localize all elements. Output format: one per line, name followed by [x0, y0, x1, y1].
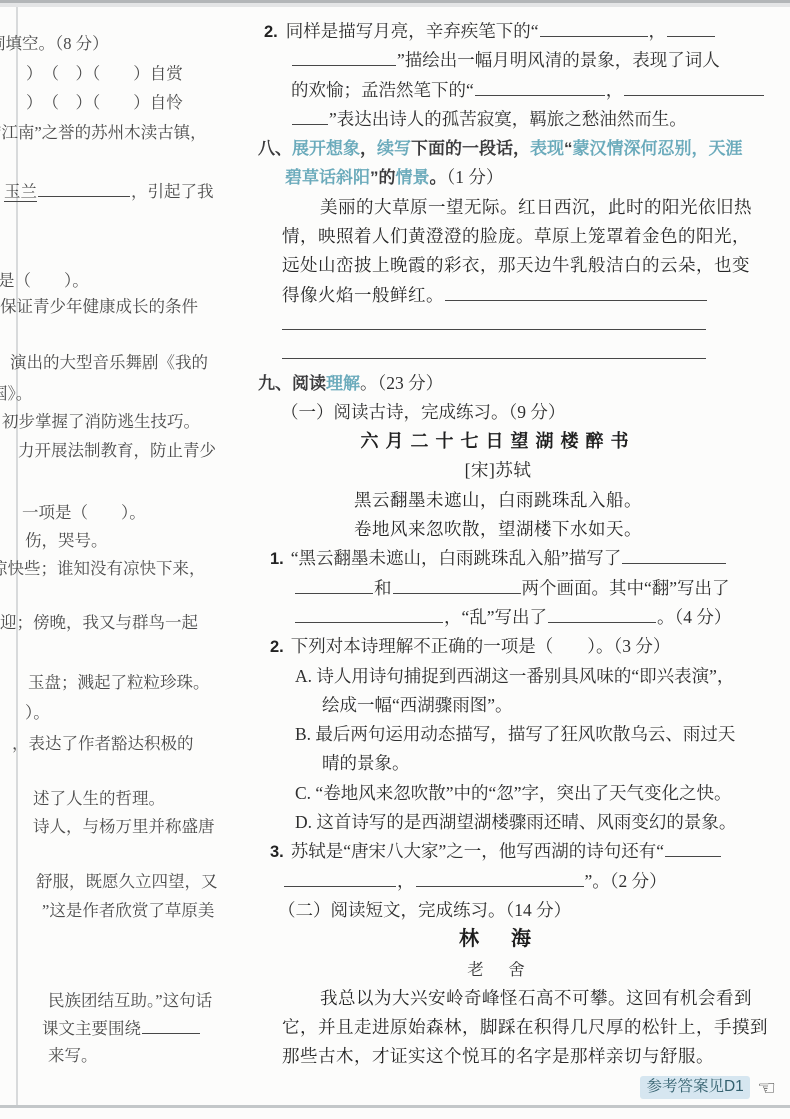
text-run: ）。: [25, 703, 50, 722]
text-run: ”表达出诗人的孤苦寂寞，羁旅之愁油然而生。: [329, 109, 687, 129]
text-line: ）。: [25, 701, 50, 725]
text-run: （一）阅读古诗，完成练习。（9 分）: [281, 402, 565, 422]
text-run: ，引起了我: [131, 182, 214, 201]
text-run: 晴的景象。: [322, 753, 410, 773]
text-line: “江南”之誉的苏州木渎古镇，: [0, 121, 207, 145]
option-d-line: D. 这首诗写的是西湖望湖楼骤雨还晴、风雨变幻的景象。: [295, 808, 790, 837]
text-run: 黑云翻墨未遮山，白雨跳珠乱入船。: [354, 490, 642, 510]
text-run: 的欢愉；孟浩然笔下的“: [291, 80, 474, 100]
text-run: 3.: [270, 843, 284, 861]
prompt-passage-line: 得像火焰一般鲜红。: [282, 281, 790, 310]
text-run: ，表达了作者豁达积极的: [12, 734, 194, 753]
answer-blank: [667, 18, 715, 37]
answer-blank: [282, 311, 706, 330]
text-run: 课文主要围绕: [42, 1019, 141, 1038]
text-run: 玉盘；溅起了粒粒珍珠。: [28, 673, 210, 692]
text-run: “江南”之誉的苏州木渎古镇，: [0, 123, 207, 142]
text-run: ，: [397, 871, 415, 891]
pointing-hand-icon: ☜: [757, 1078, 776, 1098]
text-line: 诗人，与杨万里并称盛唐: [33, 815, 215, 839]
text-run: 得像火焰一般鲜红。: [282, 285, 444, 305]
question-1-line: 和两个画面。其中“翻”写出了: [294, 574, 790, 603]
essay-passage-line: 那些古木，才证实这个悦耳的名字是那样亲切与舒服。: [282, 1042, 790, 1071]
question-2b-line: 2.下列对本诗理解不正确的一项是（）。（3 分）: [270, 632, 790, 661]
text-run: 2.: [264, 23, 278, 41]
answer-blank: [295, 604, 443, 623]
option-a-line: A. 诗人用诗句捕捉到西湖这一番别具风味的“即兴表演”，: [295, 662, 790, 691]
answer-blank: [292, 47, 396, 66]
answer-blank: [624, 77, 764, 96]
text-run: ”这是作者欣赏了草原美: [42, 901, 214, 920]
text-line: 玉盘；溅起了粒粒珍珠。: [28, 671, 210, 695]
text-line: 是（ ）。: [0, 269, 89, 293]
answer-blank: [38, 179, 130, 197]
right-column: 2.同样是描写月亮，辛弃疾笔下的“， ”描绘出一幅月明风清的景象，表现了词人 的…: [258, 17, 790, 1101]
text-run: 续写: [377, 139, 411, 158]
text-run: ） （ ）（ ）自赏: [26, 64, 183, 83]
text-line: 力开展法制教育，防止青少: [18, 439, 216, 463]
text-run: 卷地风来忽吹散，望湖楼下水如天。: [354, 519, 642, 539]
text-run: 老 舍: [467, 960, 529, 979]
text-run: ”。（2 分）: [585, 871, 667, 891]
text-run: 下列对本诗理解不正确的一项是（: [291, 636, 554, 656]
text-run: A. 诗人用诗句捕捉到西湖这一番别具风味的“即兴表演”，: [295, 666, 734, 686]
text-line: 来写。: [48, 1044, 98, 1068]
text-run: 国》。: [0, 384, 32, 403]
text-run: 八、: [258, 139, 292, 158]
text-run: 诗人，与杨万里并称盛唐: [33, 817, 215, 836]
section-9-heading: 九、阅读理解。（23 分）: [258, 369, 790, 398]
text-run: “黑云翻墨未遮山，白雨跳珠乱入船”描写了: [291, 548, 622, 568]
answer-blank: [548, 604, 656, 623]
answer-blank: [393, 575, 521, 594]
text-line: 初步掌握了消防逃生技巧。: [2, 410, 200, 434]
prompt-passage-line: 美丽的大草原一望无际。红日西沉，此时的阳光依旧热: [320, 193, 790, 222]
text-run: 九、: [258, 374, 292, 393]
text-run: ，: [606, 80, 624, 100]
text-run: 远处山峦披上晚霞的彩衣，那天边牛乳般洁白的云朵，也变: [282, 255, 750, 275]
text-run: 表现: [530, 139, 564, 158]
text-line: 玉兰，引起了我: [4, 179, 214, 204]
text-run: 苏轼是“唐宋八大家”之一，他写西湖的诗句还有“: [291, 841, 664, 861]
answer-line-blank: [281, 310, 790, 339]
text-run: ”描绘出一幅月明风清的景象，表现了词人: [397, 50, 720, 70]
prompt-passage-line: 情，映照着人们黄澄澄的脸庞。草原上笼罩着金色的阳光，: [282, 222, 790, 251]
poem-title: 六月二十七日望湖楼醉书: [258, 427, 738, 456]
text-line: ”这是作者欣赏了草原美: [42, 899, 214, 923]
answer-blank: [665, 838, 721, 857]
bracket-answer-row: ） （ ）（ ）自怜: [26, 91, 183, 115]
text-run: 碧草话斜阳: [285, 168, 370, 187]
text-run: 初步掌握了消防逃生技巧。: [2, 412, 200, 431]
essay-author: 老 舍: [258, 955, 738, 984]
text-line: 述了人生的哲理。: [33, 787, 165, 811]
text-run: 那些古木，才证实这个悦耳的名字是那样亲切与舒服。: [282, 1046, 714, 1066]
option-b-line: B. 最后两句运用动态描写，描写了狂风吹散乌云、雨过天: [295, 720, 790, 749]
section-8-heading-cont: 碧草话斜阳”的情景。（1 分）: [285, 163, 790, 192]
answer-blank: [292, 106, 328, 125]
text-run: D. 这首诗写的是西湖望湖楼骤雨还晴、风雨变幻的景象。: [295, 812, 736, 832]
text-run: 1.: [270, 550, 284, 568]
text-run: 。（4 分）: [657, 607, 731, 627]
question-1-line: ，“乱”写出了。（4 分）: [294, 603, 790, 632]
text-run: ，: [649, 21, 667, 41]
question-2-line: ”表达出诗人的孤苦寂寞，羁旅之愁油然而生。: [291, 105, 790, 134]
text-run: 舒服，既愿久立四望，又: [36, 872, 218, 891]
text-run: 情景: [396, 168, 430, 187]
question-3-line: 3.苏轼是“唐宋八大家”之一，他写西湖的诗句还有“: [270, 837, 790, 866]
text-run: ）。（3 分）: [587, 636, 670, 656]
essay-passage-line: 我总以为大兴安岭奇峰怪石高不可攀。这回有机会看到: [320, 984, 790, 1013]
text-run: 是（ ）。: [0, 271, 89, 290]
text-run: 述了人生的哲理。: [33, 789, 165, 808]
text-run: 演出的大型音乐舞剧《我的: [10, 353, 208, 372]
text-line: 保证青少年健康成长的条件: [0, 295, 198, 319]
text-line: 课文主要围绕: [42, 1016, 201, 1041]
text-line: 伤，哭号。: [25, 529, 108, 553]
essay-passage-line: 它，并且走进原始森林，脚踩在积得几尺厚的松针上，手摸到: [282, 1013, 790, 1042]
text-run: （23 分）: [378, 373, 444, 393]
fill-blank-heading-fragment: 词填空。（8 分）: [0, 32, 109, 56]
poem-verse: 黑云翻墨未遮山，白雨跳珠乱入船。: [258, 486, 738, 515]
subsection-1-heading: （一）阅读古诗，完成练习。（9 分）: [281, 398, 790, 427]
answer-blank: [622, 546, 726, 565]
text-line: 一项是（ ）。: [22, 501, 146, 525]
prompt-passage-line: 远处山峦披上晚霞的彩衣，那天边牛乳般洁白的云朵，也变: [282, 251, 790, 280]
option-c-line: C. “卷地风来忽吹散”中的“忽”字，突出了天气变化之快。: [295, 779, 790, 808]
text-run: 它，并且走进原始森林，脚踩在积得几尺厚的松针上，手摸到: [282, 1017, 768, 1037]
text-run: ） （ ）（ ）自怜: [26, 93, 183, 112]
bracket-answer-row: ） （ ）（ ）自赏: [26, 62, 183, 86]
text-run: 。: [430, 168, 447, 187]
text-run: 迎；傍晚，我又与群鸟一起: [0, 613, 198, 632]
text-line: 迎；傍晚，我又与群鸟一起: [0, 611, 198, 635]
text-run: 林 海: [459, 928, 537, 950]
text-run: 下面的一段话，: [411, 139, 530, 158]
text-run: 力开展法制教育，防止青少: [18, 441, 216, 460]
answer-blank: [540, 18, 648, 37]
answer-reference-label: 参考答案见D1: [640, 1076, 749, 1099]
option-b-line: 晴的景象。: [322, 749, 790, 778]
text-run: 来写。: [48, 1046, 98, 1065]
answer-blank: [142, 1016, 200, 1034]
text-run: 六月二十七日望湖楼醉书: [361, 431, 636, 451]
poem-verse: 卷地风来忽吹散，望湖楼下水如天。: [258, 515, 738, 544]
text-run: 两个画面。其中“翻”写出了: [522, 578, 730, 598]
question-3-line: ，”。（2 分）: [283, 867, 790, 896]
text-run: （1 分）: [447, 167, 504, 187]
question-2-line: 2.同样是描写月亮，辛弃疾笔下的“，: [264, 17, 790, 46]
text-run: B. 最后两句运用动态描写，描写了狂风吹散乌云、雨过天: [295, 724, 735, 744]
text-line: 国》。: [0, 382, 32, 406]
question-2-line: 的欢愉；孟浩然笔下的“，: [291, 76, 790, 105]
subsection-2-heading: （二）阅读短文，完成练习。（14 分）: [278, 896, 790, 925]
text-run: 展开想象: [292, 139, 360, 158]
text-run: [宋]苏轼: [465, 460, 532, 480]
section-8-heading: 八、展开想象，续写下面的一段话，表现“蒙汉情深何忍别，天涯: [258, 134, 790, 163]
text-run: 蒙汉情深何忍别，天涯: [573, 139, 743, 158]
text-run: 绘成一幅“西湖骤雨图”。: [322, 695, 513, 715]
text-run: C. “卷地风来忽吹散”中的“忽”字，突出了天气变化之快。: [295, 783, 732, 803]
text-run: 美丽的大草原一望无际。红日西沉，此时的阳光依旧热: [320, 197, 752, 217]
text-line: 舒服，既愿久立四望，又: [36, 870, 218, 894]
text-run: 2.: [270, 638, 284, 656]
text-run: 同样是描写月亮，辛弃疾笔下的“: [286, 21, 539, 41]
text-line: 民族团结互助。”这句话: [48, 989, 212, 1013]
answer-blank: [445, 282, 707, 301]
text-line: ，表达了作者豁达积极的: [12, 732, 194, 756]
text-run: 阅读: [292, 374, 326, 393]
poem-author: [宋]苏轼: [258, 456, 738, 485]
text-run: ，“乱”写出了: [444, 607, 547, 627]
text-line: 演出的大型音乐舞剧《我的: [10, 351, 208, 375]
bracket-gap: [553, 635, 587, 653]
text-run: 伤，哭号。: [25, 531, 108, 550]
text-run: （二）阅读短文，完成练习。（14 分）: [278, 900, 571, 920]
text-run: 民族团结互助。”这句话: [48, 991, 212, 1010]
text-run: 和: [374, 578, 392, 598]
text-run: 理解: [326, 374, 360, 393]
text-run: 。: [360, 373, 378, 393]
text-run: ，: [360, 139, 377, 158]
answer-line-blank: [281, 339, 790, 368]
text-run: 保证青少年健康成长的条件: [0, 297, 198, 316]
essay-title: 林 海: [258, 925, 738, 954]
text-run: 情，映照着人们黄澄澄的脸庞。草原上笼罩着金色的阳光，: [282, 226, 750, 246]
scanned-exam-page: { "colors": { "teal_accent": "#6aaabb", …: [0, 0, 790, 1119]
question-2-line: ”描绘出一幅月明风清的景象，表现了词人: [291, 46, 790, 75]
footer-reference: 参考答案见D1 ☜: [258, 1072, 790, 1101]
answer-blank: [295, 575, 373, 594]
text-run: 一项是（ ）。: [22, 503, 146, 522]
text-run: ”的: [370, 168, 396, 187]
answer-blank: [282, 340, 706, 359]
text-run: “: [564, 139, 573, 158]
text-line: 凉快些；谁知没有凉快下来，: [0, 557, 206, 581]
left-column-partial: 词填空。（8 分） ） （ ）（ ）自赏 ） （ ）（ ）自怜 “江南”之誉的苏…: [0, 0, 254, 1119]
text-run: 我总以为大兴安岭奇峰怪石高不可攀。这回有机会看到: [320, 988, 752, 1008]
text-run: 词填空。（8 分）: [0, 34, 109, 53]
text-run: 凉快些；谁知没有凉快下来，: [0, 559, 206, 578]
question-1-line: 1.“黑云翻墨未遮山，白雨跳珠乱入船”描写了: [270, 544, 790, 573]
answer-blank: [416, 868, 584, 887]
text-run: 玉兰: [4, 182, 37, 202]
answer-blank: [284, 868, 396, 887]
option-a-line: 绘成一幅“西湖骤雨图”。: [322, 691, 790, 720]
answer-blank: [475, 77, 605, 96]
